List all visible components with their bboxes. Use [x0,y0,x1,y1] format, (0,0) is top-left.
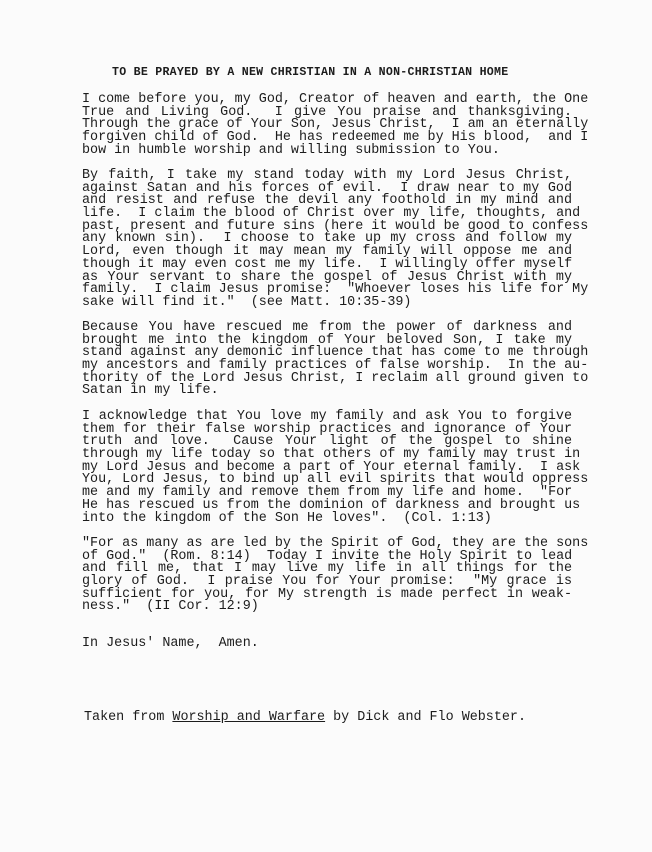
closing-line: In Jesus' Name, Amen. [82,637,259,650]
prayer-paragraph-1: I come before you, my God, Creator of he… [82,94,572,157]
book-title: Worship and Warfare [172,710,325,725]
text-line: sake will find it." (see Matt. 10:35-39) [82,297,572,310]
text-line: bow in humble worship and willing submis… [82,145,572,158]
text-line: Satan in my life. [82,385,572,398]
source-suffix: by Dick and Flo Webster. [325,710,526,725]
text-line: ness." (II Cor. 12:9) [82,601,572,614]
document-title: TO BE PRAYED BY A NEW CHRISTIAN IN A NON… [112,66,508,80]
prayer-paragraph-3: Because You have rescued me from the pow… [82,322,572,398]
document-page: TO BE PRAYED BY A NEW CHRISTIAN IN A NON… [0,0,652,852]
prayer-paragraph-5: "For as many as are led by the Spirit of… [82,538,572,614]
text-line: into the kingdom of the Son He loves". (… [82,513,572,526]
source-attribution: Taken from Worship and Warfare by Dick a… [84,711,526,724]
source-prefix: Taken from [84,710,172,725]
prayer-paragraph-2: By faith, I take my stand today with my … [82,170,572,310]
prayer-paragraph-4: I acknowledge that You love my family an… [82,411,572,525]
